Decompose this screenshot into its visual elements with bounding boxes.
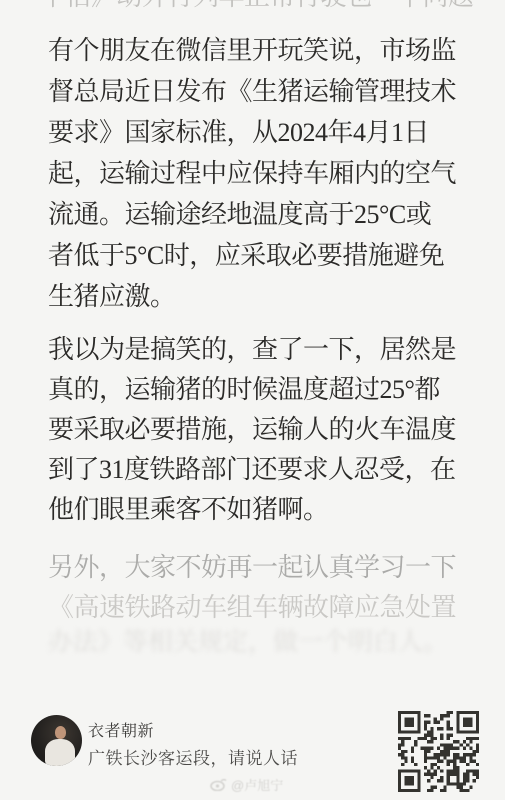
watermark-text: @卢旭宁 <box>231 775 283 794</box>
paragraph-2: 我以为是搞笑的，查了一下，居然是 真的，运输猪的时候温度超过25°都 要采取必要… <box>48 330 478 530</box>
article-screenshot: 个信》动外行列车正常行驶也一个问题 有个朋友在微信里开玩笑说，市场监 督总局近日… <box>0 0 505 800</box>
paragraph-line: 真的，运输猪的时候温度超过25°都 <box>48 370 478 410</box>
paragraph-line: 要求》国家标准，从2024年4月1日 <box>48 112 478 153</box>
qr-code-icon <box>398 711 479 792</box>
weibo-logo-icon <box>210 778 227 791</box>
ghost-faded-line: 办法》等相关规定，做一个明白人。 <box>48 628 478 658</box>
paragraph-line: 到了31度铁路部门还要求人忍受，在 <box>48 450 478 490</box>
avatar-shirt <box>45 739 75 766</box>
avatar-head <box>55 726 66 739</box>
clipped-previous-line: 个信》动外行列车正常行驶也一个问题 <box>40 0 480 12</box>
paragraph-line: 要采取必要措施，运输人的火车温度 <box>48 410 478 450</box>
watermark: @卢旭宁 <box>210 775 283 794</box>
paragraph-line: 督总局近日发布《生猪运输管理技术 <box>48 71 478 112</box>
paragraph-1: 有个朋友在微信里开玩笑说，市场监 督总局近日发布《生猪运输管理技术 要求》国家标… <box>48 30 478 317</box>
paragraph-line: 他们眼里乘客不如猪啊。 <box>48 490 478 530</box>
avatar <box>31 715 82 766</box>
paragraph-line: 另外，大家不妨再一起认真学习一下 <box>48 548 478 588</box>
paragraph-line: 《高速铁路动车组车辆故障应急处置 <box>48 588 478 628</box>
paragraph-3-faded: 另外，大家不妨再一起认真学习一下 《高速铁路动车组车辆故障应急处置 <box>48 548 478 628</box>
paragraph-line: 生猪应激。 <box>48 276 478 317</box>
paragraph-line: 者低于5°C时，应采取必要措施避免 <box>48 235 478 276</box>
account-name: 衣者朝新 <box>88 722 154 742</box>
clipped-text: 个信》动外行列车正常行驶也一个问题 <box>40 0 480 10</box>
paragraph-line: 我以为是搞笑的，查了一下，居然是 <box>48 330 478 370</box>
paragraph-line: 流通。运输途经地温度高于25°C或 <box>48 194 478 235</box>
paragraph-line: 起，运输过程中应保持车厢内的空气 <box>48 153 478 194</box>
paragraph-line: 有个朋友在微信里开玩笑说，市场监 <box>48 30 478 71</box>
account-subtitle: 广铁长沙客运段，请说人话 <box>88 748 298 770</box>
